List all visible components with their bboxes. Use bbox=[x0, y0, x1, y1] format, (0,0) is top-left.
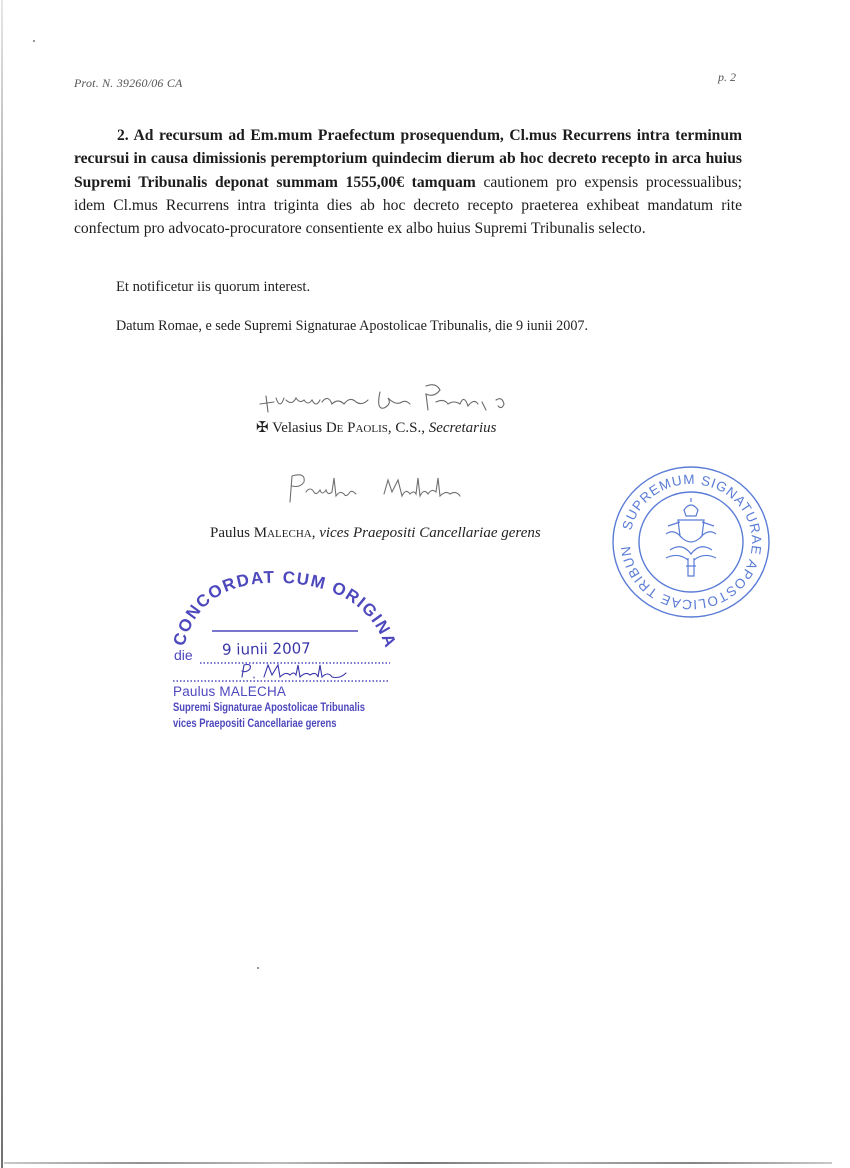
stamp-arc-text: CONCORDAT CUM ORIGINALI bbox=[160, 565, 400, 651]
scan-edge-left bbox=[1, 0, 3, 1168]
stamp-name: Paulus MALECHA bbox=[173, 684, 286, 699]
svg-text:CONCORDAT CUM ORIGINALI: CONCORDAT CUM ORIGINALI bbox=[160, 565, 400, 651]
role: vices Praepositi Cancellariae gerens bbox=[319, 525, 540, 541]
handwritten-initials bbox=[242, 665, 346, 679]
stamp-handwritten-date: 9 iunii 2007 bbox=[222, 639, 311, 659]
cross-icon: ✠ bbox=[256, 420, 269, 436]
scan-edge-bottom bbox=[4, 1162, 832, 1164]
scan-speck bbox=[33, 40, 35, 42]
datum-line: Datum Romae, e sede Supremi Signaturae A… bbox=[116, 318, 588, 335]
protocol-number: Prot. N. 39260/06 CA bbox=[74, 76, 183, 91]
notification-line: Et notificetur iis quorum interest. bbox=[116, 279, 310, 296]
surname: De Paolis bbox=[326, 420, 388, 436]
paragraph-2: 2. Ad recursum ad Em.mum Praefectum pros… bbox=[74, 124, 742, 240]
papal-coat-of-arms-icon bbox=[666, 498, 716, 576]
page-number: p. 2 bbox=[718, 70, 736, 85]
stamp-line-1: Supremi Signaturae Apostolicae Tribunali… bbox=[173, 702, 365, 714]
scan-speck bbox=[257, 967, 259, 969]
handwritten-signature-malecha bbox=[280, 468, 500, 508]
role: Secretarius bbox=[429, 420, 497, 436]
handwritten-signature-de-paolis bbox=[256, 380, 546, 422]
paragraph-number: 2. bbox=[117, 127, 129, 144]
signatory-de-paolis: ✠ Velasius De Paolis, C.S., Secretarius bbox=[256, 418, 496, 437]
signatory-malecha: Paulus Malecha, vices Praepositi Cancell… bbox=[210, 525, 541, 542]
stamp-die-label: die bbox=[174, 647, 193, 663]
tribunal-seal: SUPREMUM SIGNATURAE APOSTOLICAE TRIBUNAL bbox=[608, 462, 774, 622]
stamp-line-2: vices Praepositi Cancellariae gerens bbox=[173, 718, 337, 730]
surname: Malecha bbox=[254, 525, 312, 541]
